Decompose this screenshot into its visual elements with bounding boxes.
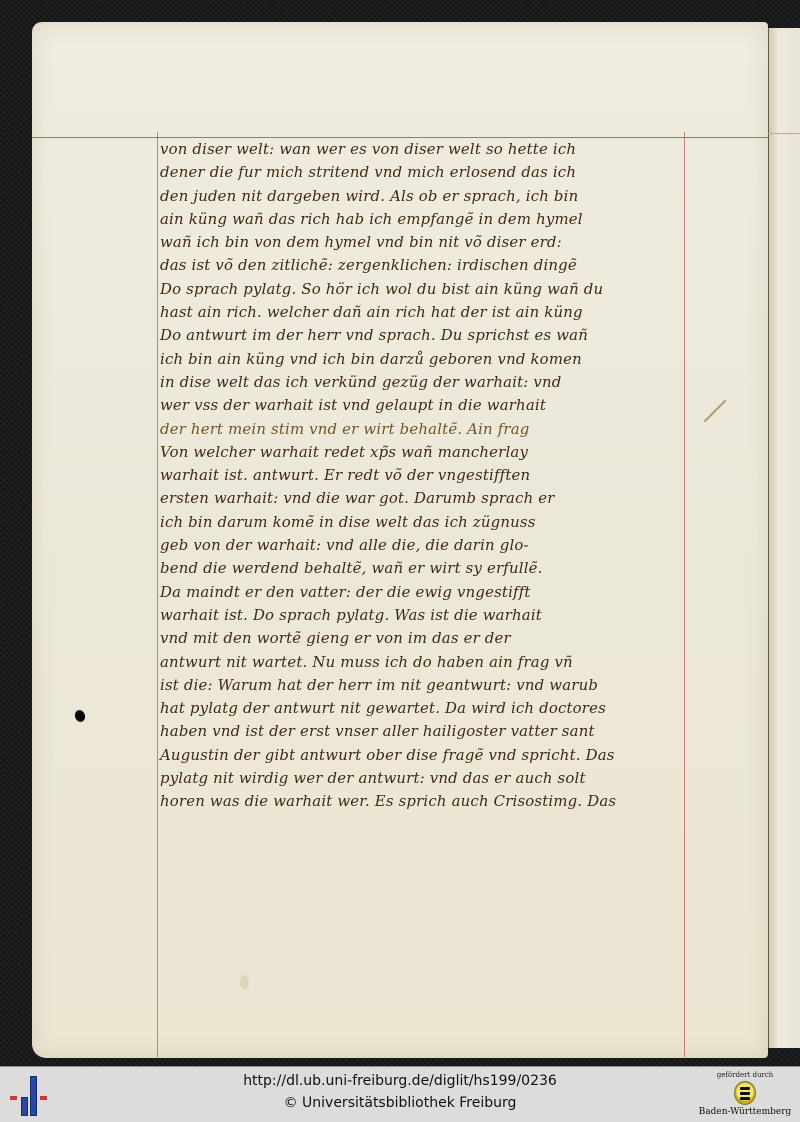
- text-line: von diser welt: wan wer es von diser wel…: [160, 138, 700, 161]
- text-line: Augustin der gibt antwurt ober dise frag…: [160, 744, 700, 767]
- sponsor-caption: gefördert durch: [690, 1071, 800, 1079]
- text-line: wañ ich bin von dem hymel vnd bin nit võ…: [160, 231, 700, 254]
- text-line: antwurt nit wartet. Nu muss ich do haben…: [160, 651, 700, 674]
- text-line: den juden nit dargeben wird. Als ob er s…: [160, 185, 700, 208]
- text-line: pylatg nit wirdig wer der antwurt: vnd d…: [160, 767, 700, 790]
- text-line: Da maindt er den vatter: der die ewig vn…: [160, 581, 700, 604]
- left-margin-ruling: [157, 132, 158, 1057]
- text-line: hat pylatg der antwurt nit gewartet. Da …: [160, 697, 700, 720]
- text-line: warhait ist. Do sprach pylatg. Was ist d…: [160, 604, 700, 627]
- permalink-url[interactable]: http://dl.ub.uni-freiburg.de/diglit/hs19…: [0, 1073, 800, 1089]
- facing-page-ruling: [768, 133, 800, 134]
- text-line: wer vss der warhait ist vnd gelaupt in d…: [160, 394, 700, 417]
- text-line: warhait ist. antwurt. Er redt võ der vng…: [160, 464, 700, 487]
- text-line: vnd mit den wortẽ gieng er von im das er…: [160, 627, 700, 650]
- coat-of-arms-icon: [734, 1081, 756, 1105]
- sponsor-name: Baden-Württemberg: [690, 1107, 800, 1117]
- text-line: geb von der warhait: vnd alle die, die d…: [160, 534, 700, 557]
- text-line: dener die fur mich stritend vnd mich erl…: [160, 161, 700, 184]
- text-line: Do antwurt im der herr vnd sprach. Du sp…: [160, 324, 700, 347]
- manuscript-text: von diser welt: wan wer es von diser wel…: [160, 138, 705, 814]
- text-line: in dise welt das ich verkünd gezüg der w…: [160, 371, 700, 394]
- footer-bar: http://dl.ub.uni-freiburg.de/diglit/hs19…: [0, 1066, 800, 1122]
- text-line: ich bin ain küng vnd ich bin darzů gebor…: [160, 348, 700, 371]
- text-line: ich bin darum komẽ in dise welt das ich …: [160, 511, 700, 534]
- text-line: haben vnd ist der erst vnser aller haili…: [160, 720, 700, 743]
- text-line: hast ain rich. welcher dañ ain rich hat …: [160, 301, 700, 324]
- text-line-rubric: der hert mein stim vnd er wirt behaltẽ. …: [160, 418, 700, 441]
- copyright-notice: © Universitätsbibliothek Freiburg: [0, 1095, 800, 1111]
- text-line: ain küng wañ das rich hab ich empfangẽ i…: [160, 208, 700, 231]
- text-line: das ist võ den zitlichẽ: zergenklichen: …: [160, 254, 700, 277]
- text-line: horen was die warhait wer. Es sprich auc…: [160, 790, 700, 813]
- text-line: ersten warhait: vnd die war got. Darumb …: [160, 487, 700, 510]
- text-line: Do sprach pylatg. So hör ich wol du bist…: [160, 278, 700, 301]
- facing-page-edge: [768, 28, 800, 1048]
- text-line: Von welcher warhait redet xp̃s wañ manch…: [160, 441, 700, 464]
- text-line: bend die werdend behaltẽ, wañ er wirt sy…: [160, 557, 700, 580]
- text-line: ist die: Warum hat der herr im nit geant…: [160, 674, 700, 697]
- sponsor-badge: gefördert durch Baden-Württemberg: [690, 1069, 800, 1122]
- paper-stain: [240, 975, 249, 989]
